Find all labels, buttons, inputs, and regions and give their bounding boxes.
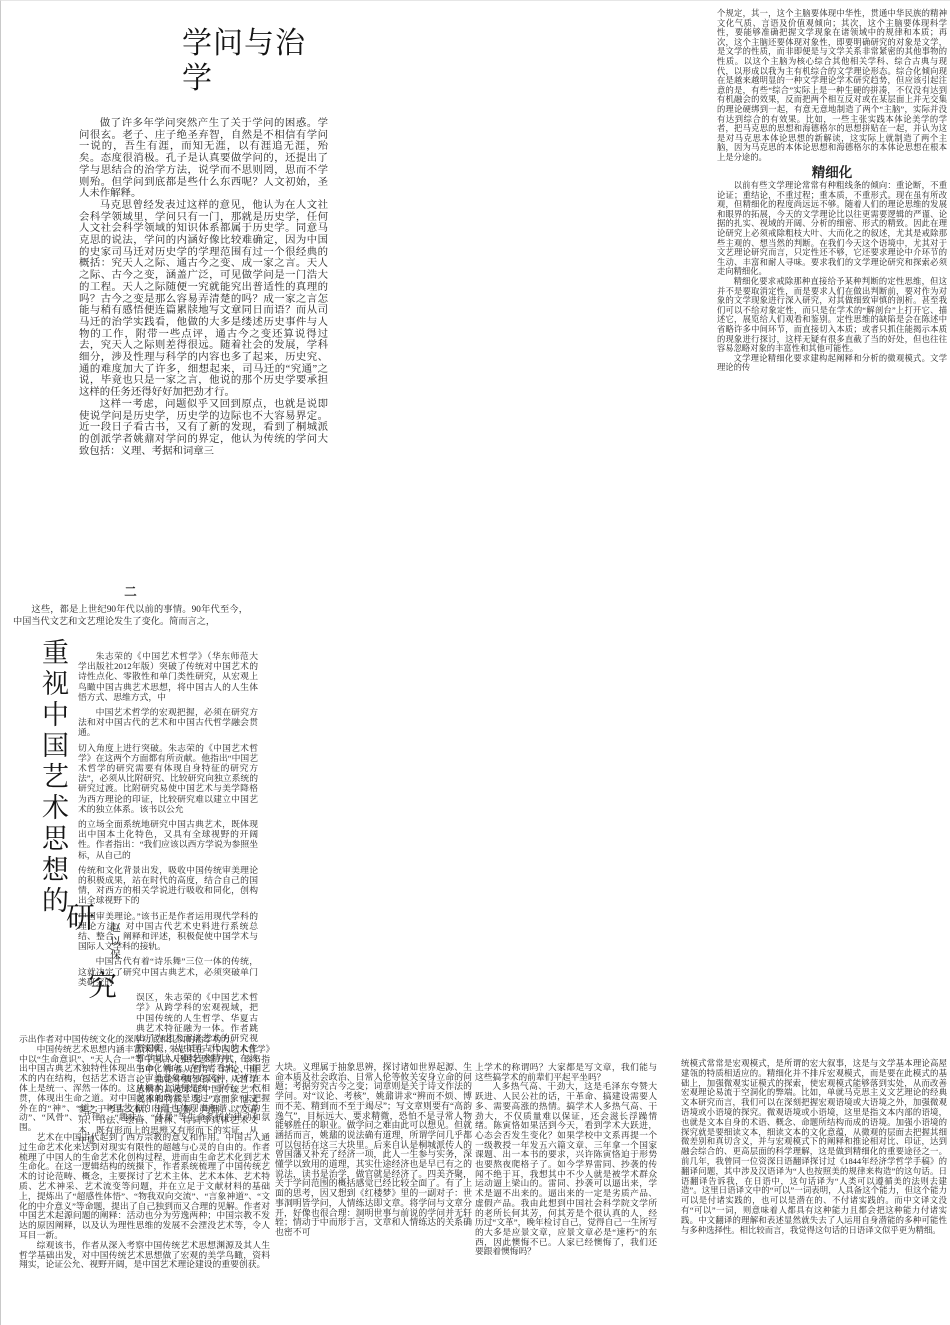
bottom-column-2-article1-continuation: 大块。义理属于抽象思辨，探讨诸如世界起源、生命本质及社会政治、日常人伦等攸关安身…	[275, 1063, 472, 1238]
article2-vertical-title: 重视中国艺术思想的	[34, 638, 73, 918]
bottom-column-1-article2-continuation: 示出作者对中国传统文化的深厚功底和扎实的治学功力。 中国传统艺术思想内涵丰富深厚…	[19, 1035, 270, 1270]
article3-paragraph: 以前有些文学理论常常有种粗线条的倾向：重论断，不重论证；重结论，不重过程；重本质…	[717, 181, 947, 277]
section-two-intro: 这些，都是上世纪90年代以前的事情。90年代至今，中国当代文艺和文艺理论发生了变…	[13, 604, 248, 627]
article2-paragraph: 中国传统艺术思想内涵丰富深厚。朱志荣在《中国艺术哲学》中以“生命意识”、“天人合…	[19, 1045, 270, 1133]
article2-paragraph: 传统和文化背景出发，吸收中国传统审美理论的积极成果，站在时代的高度，结合自己的国…	[78, 865, 258, 906]
article2-paragraph: 中国审美理论。”该书正是作者运用现代学科的理论方法，对中国古代艺术史料进行系统总…	[78, 911, 258, 952]
article1-paragraph: 人多热气高、干劲大，这是毛泽东夸赞大跃进、人民公社的话，干革命、搞建设需要人多、…	[475, 1082, 657, 1257]
article3-paragraph: 统模式常常是宏观模式，是所谓的宏大叙事，这是与文学基本理论高屋建瓴的特质相适应的…	[681, 1059, 947, 1235]
article1-paragraph: 上学术的称谓吗？大家都是写文章，我们能与这些搞学术的前辈们平起平坐吗？	[475, 1063, 657, 1082]
refinement-section-heading: 精细化	[717, 168, 947, 178]
article2-paragraph: 切入角度上进行突破。朱志荣的《中国艺术哲学》在这两个方面都有所贡献。他指出“中国…	[78, 743, 258, 814]
section-two-heading: 二	[13, 582, 248, 600]
article1-paragraph: 大块。义理属于抽象思辨，探讨诸如世界起源、生命本质及社会政治、日常人伦等攸关安身…	[275, 1063, 472, 1238]
article1-column-1: 做了许多年学问突然产生了关于学问的困惑。学问很玄。老子、庄子绝圣弃智，自然是不相…	[79, 118, 328, 457]
article2-paragraph: 中国艺术哲学的宏观把握，必须在研究方法和对中国古代的艺术和中国古代哲学融会贯通。	[78, 707, 258, 738]
article1-section-two: 二 这些，都是上世纪90年代以前的事情。90年代至今，中国当代文艺和文艺理论发生…	[13, 582, 248, 627]
article1-title: 学问与治 学	[182, 26, 342, 96]
article3-paragraph: 个规定，其一，这个主脑要体现中华性，贯通中华民族的精神文化气质、言语及价值观倾向…	[717, 9, 947, 163]
article3-paragraph: 文学理论精细化要求建构起阐释和分析的微观模式。文学理论的传	[717, 354, 947, 373]
article1-paragraph: 马克思曾经发表过这样的意见，他认为在人文社会科学领域里，学问只有一门，那就是历史…	[79, 200, 328, 399]
bottom-column-4-article3-continuation: 统模式常常是宏观模式，是所谓的宏大叙事，这是与文学基本理论高屋建瓴的特质相适应的…	[681, 1059, 947, 1235]
article2-paragraph: 综观该书，作者从深入考察中国传统艺术思想渊源及其人生哲学基础出发，对中国传统艺术…	[19, 1241, 270, 1270]
newspaper-page: 学问与治 学 做了许多年学问突然产生了关于学问的困惑。学问很玄。老子、庄子绝圣弃…	[0, 0, 950, 1325]
bottom-column-3-article1-continuation: 上学术的称谓吗？大家都是写文章，我们能与这些搞学术的前辈们平起平坐吗？ 人多热气…	[475, 1063, 657, 1257]
article1-paragraph: 做了许多年学问突然产生了关于学问的困惑。学问很玄。老子、庄子绝圣弃智，自然是不相…	[79, 118, 328, 200]
article3-column: 个规定，其一，这个主脑要体现中华性，贯通中华民族的精神文化气质、言语及价值观倾向…	[717, 9, 947, 373]
article2-paragraph: 的立场全面系统地研究中国古典艺术，既体现出中国本土化特色，又具有全球视野的开阔性…	[78, 819, 258, 860]
article3-paragraph: 精细化要求戒除那种直接给予某种判断的定性思维，但这并不是要取消定性，而是要求人们…	[717, 277, 947, 354]
article2-paragraph: 朱志荣的《中国艺术哲学》（华东师范大学出版社2012年版）突破了传统对中国艺术的…	[78, 651, 258, 702]
article2-paragraph: 艺术在中国古代起到了西方宗教的意义和作用。中国古人通过生命艺术化来达到对现实有限…	[19, 1133, 270, 1241]
article2-paragraph: 中国古代有着“诗乐舞”三位一体的传统，这就决定了研究中国古典艺术，必须突破单门类…	[78, 956, 258, 987]
article1-paragraph: 这样一考虑，问题似乎又回到原点，也就是说即使说学问是历史学，历史学的边际也不大容…	[79, 399, 328, 458]
